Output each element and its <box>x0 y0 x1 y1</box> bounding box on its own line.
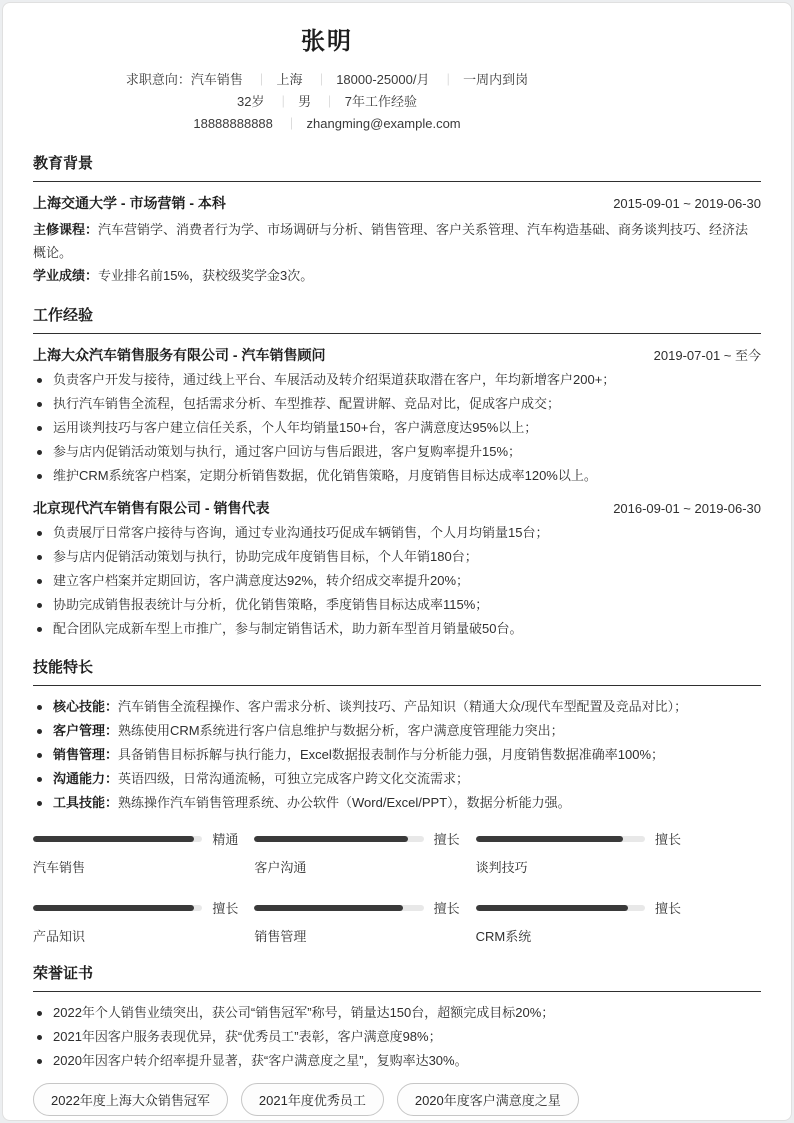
job-intent-line: 求职意向：汽车销售 ｜上海 ｜18000-25000/月 ｜一周内到岗 <box>33 69 621 91</box>
skill-bar-item: 擅长 客户沟通 <box>254 829 459 876</box>
bullet-icon <box>37 555 42 560</box>
list-item: 负责展厅日常客户接待与咨询，通过专业沟通技巧促成车辆销售，个人月均销量15台； <box>33 523 761 543</box>
bullet-icon <box>37 1035 42 1040</box>
education-entry: 上海交通大学 - 市场营销 - 本科 2015-09-01 ~ 2019-06-… <box>33 193 761 287</box>
phone-number: 18888888888 <box>193 116 273 131</box>
contact-line: 18888888888 ｜zhangming@example.com <box>33 113 621 135</box>
candidate-name: 张明 <box>33 27 621 57</box>
bullet-icon <box>37 1059 42 1064</box>
list-item: 负责客户开发与接待，通过线上平台、车展活动及转介绍渠道获取潜在客户，年均新增客户… <box>33 370 761 390</box>
list-item: 销售管理：具备销售目标拆解与执行能力，Excel数据报表制作与分析能力强，月度销… <box>33 745 761 765</box>
grade-label: 学业成绩： <box>33 268 98 283</box>
skill-bar-item: 擅长 产品知识 <box>33 898 238 945</box>
experience-entry: 上海大众汽车销售服务有限公司 - 汽车销售顾问 2019-07-01 ~ 至今 … <box>33 345 761 486</box>
list-item: 参与店内促销活动策划与执行，协助完成年度销售目标，个人年销180台； <box>33 547 761 567</box>
bullet-icon <box>37 378 42 383</box>
skill-level-label: 擅长 <box>655 898 681 917</box>
list-item: 客户管理：熟练使用CRM系统进行客户信息维护与数据分析，客户满意度管理能力突出； <box>33 721 761 741</box>
courses-line: 主修课程：汽车营销学、消费者行为学、市场调研与分析、销售管理、客户关系管理、汽车… <box>33 218 761 264</box>
section-title-honors: 荣誉证书 <box>33 965 761 992</box>
intent-city: 上海 <box>277 72 303 87</box>
skill-level-label: 擅长 <box>212 898 238 917</box>
skill-bar-track <box>476 836 645 842</box>
skill-level-label: 擅长 <box>655 829 681 848</box>
bullet-icon <box>37 402 42 407</box>
bullet-icon <box>37 531 42 536</box>
skill-bar-fill <box>33 905 194 911</box>
gender: 男 <box>298 94 311 109</box>
skill-bar-track <box>33 836 202 842</box>
bullet-icon <box>37 777 42 782</box>
intent-salary: 18000-25000/月 <box>336 72 429 87</box>
bullet-icon <box>37 801 42 806</box>
skill-bar-item: 擅长 销售管理 <box>254 898 459 945</box>
bullet-icon <box>37 753 42 758</box>
bullet-icon <box>37 705 42 710</box>
skills-bullet-list: 核心技能：汽车销售全流程操作、客户需求分析、谈判技巧、产品知识（精通大众/现代车… <box>33 697 761 813</box>
experience-date: 2016-09-01 ~ 2019-06-30 <box>613 499 761 519</box>
section-experience: 工作经验 上海大众汽车销售服务有限公司 - 汽车销售顾问 2019-07-01 … <box>33 307 761 639</box>
skill-bar-track <box>254 836 423 842</box>
skill-name: 汽车销售 <box>33 857 238 876</box>
honor-tags: 2022年度上海大众销售冠军 2021年度优秀员工 2020年度客户满意度之星 <box>33 1083 761 1116</box>
list-item: 参与店内促销活动策划与执行，通过客户回访与售后跟进，客户复购率提升15%； <box>33 442 761 462</box>
experience-entry-head: 上海大众汽车销售服务有限公司 - 汽车销售顾问 2019-07-01 ~ 至今 <box>33 345 761 366</box>
company-position: 北京现代汽车销售有限公司 - 销售代表 <box>33 498 269 518</box>
list-item: 核心技能：汽车销售全流程操作、客户需求分析、谈判技巧、产品知识（精通大众/现代车… <box>33 697 761 717</box>
company-position: 上海大众汽车销售服务有限公司 - 汽车销售顾问 <box>33 345 325 365</box>
separator-icon: ｜ <box>256 73 268 87</box>
skill-level-label: 擅长 <box>434 829 460 848</box>
experience-entry-head: 北京现代汽车销售有限公司 - 销售代表 2016-09-01 ~ 2019-06… <box>33 498 761 519</box>
separator-icon: ｜ <box>315 73 327 87</box>
skill-bar-fill <box>33 836 194 842</box>
list-item: 建立客户档案并定期回访，客户满意度达92%，转介绍成交率提升20%； <box>33 571 761 591</box>
separator-icon: ｜ <box>277 95 289 109</box>
bullet-icon <box>37 603 42 608</box>
courses-text: 汽车营销学、消费者行为学、市场调研与分析、销售管理、客户关系管理、汽车构造基础、… <box>33 222 748 260</box>
education-entry-head: 上海交通大学 - 市场营销 - 本科 2015-09-01 ~ 2019-06-… <box>33 193 761 214</box>
skill-bar-fill <box>476 905 628 911</box>
skill-bar-item: 精通 汽车销售 <box>33 829 238 876</box>
skill-bar-item: 擅长 谈判技巧 <box>476 829 681 876</box>
skill-bar-track <box>476 905 645 911</box>
skill-bar-fill <box>254 905 403 911</box>
honor-tag: 2020年度客户满意度之星 <box>397 1083 579 1116</box>
list-item: 配合团队完成新车型上市推广，参与制定销售话术，助力新车型首月销量破50台。 <box>33 619 761 639</box>
bullet-icon <box>37 579 42 584</box>
section-title-education: 教育背景 <box>33 155 761 182</box>
section-skills: 技能特长 核心技能：汽车销售全流程操作、客户需求分析、谈判技巧、产品知识（精通大… <box>33 659 761 945</box>
skill-name: CRM系统 <box>476 926 681 945</box>
skill-level-label: 擅长 <box>434 898 460 917</box>
skill-name: 销售管理 <box>254 926 459 945</box>
experience-years: 7年工作经验 <box>345 94 417 109</box>
courses-label: 主修课程： <box>33 222 98 237</box>
bullet-icon <box>37 1011 42 1016</box>
separator-icon: ｜ <box>442 73 454 87</box>
bullet-icon <box>37 729 42 734</box>
skill-bar-item: 擅长 CRM系统 <box>476 898 681 945</box>
school-name: 上海交通大学 - 市场营销 - 本科 <box>33 193 226 213</box>
list-item: 2021年因客户服务表现优异，获“优秀员工”表彰，客户满意度98%； <box>33 1027 761 1047</box>
skill-bar-track <box>254 905 423 911</box>
list-item: 协助完成销售报表统计与分析，优化销售策略，季度销售目标达成率115%； <box>33 595 761 615</box>
section-education: 教育背景 上海交通大学 - 市场营销 - 本科 2015-09-01 ~ 201… <box>33 155 761 287</box>
skill-bar-fill <box>254 836 408 842</box>
skill-bar-track <box>33 905 202 911</box>
honor-tag: 2022年度上海大众销售冠军 <box>33 1083 228 1116</box>
resume-header: 张明 求职意向：汽车销售 ｜上海 ｜18000-25000/月 ｜一周内到岗 3… <box>33 27 761 135</box>
list-item: 沟通能力：英语四级，日常沟通流畅，可独立完成客户跨文化交流需求； <box>33 769 761 789</box>
list-item: 2020年因客户转介绍率提升显著，获“客户满意度之星”，复购率达30%。 <box>33 1051 761 1071</box>
list-item: 运用谈判技巧与客户建立信任关系，个人年均销量150+台，客户满意度达95%以上； <box>33 418 761 438</box>
experience-entry: 北京现代汽车销售有限公司 - 销售代表 2016-09-01 ~ 2019-06… <box>33 498 761 639</box>
grade-line: 学业成绩：专业排名前15%，获校级奖学金3次。 <box>33 264 761 287</box>
bullet-icon <box>37 474 42 479</box>
honor-tag: 2021年度优秀员工 <box>241 1083 384 1116</box>
list-item: 执行汽车销售全流程，包括需求分析、车型推荐、配置讲解、竞品对比，促成客户成交； <box>33 394 761 414</box>
skill-level-label: 精通 <box>212 829 238 848</box>
education-date: 2015-09-01 ~ 2019-06-30 <box>613 194 761 214</box>
intent-availability: 一周内到岗 <box>463 72 528 87</box>
honors-bullet-list: 2022年个人销售业绩突出，获公司“销售冠军”称号，销量达150台，超额完成目标… <box>33 1003 761 1071</box>
bullet-icon <box>37 450 42 455</box>
experience-bullet-list: 负责客户开发与接待，通过线上平台、车展活动及转介绍渠道获取潜在客户，年均新增客户… <box>33 370 761 486</box>
list-item: 维护CRM系统客户档案，定期分析销售数据，优化销售策略，月度销售目标达成率120… <box>33 466 761 486</box>
skill-bar-fill <box>476 836 623 842</box>
skill-name: 客户沟通 <box>254 857 459 876</box>
basic-info-line: 32岁 ｜男 ｜7年工作经验 <box>33 91 621 113</box>
bullet-icon <box>37 426 42 431</box>
list-item: 工具技能：熟练操作汽车销售管理系统、办公软件（Word/Excel/PPT），数… <box>33 793 761 813</box>
skill-bars-grid: 精通 汽车销售 擅长 客户沟通 擅长 谈判技巧 <box>33 829 681 945</box>
bullet-icon <box>37 627 42 632</box>
list-item: 2022年个人销售业绩突出，获公司“销售冠军”称号，销量达150台，超额完成目标… <box>33 1003 761 1023</box>
experience-date: 2019-07-01 ~ 至今 <box>654 346 761 366</box>
experience-bullet-list: 负责展厅日常客户接待与咨询，通过专业沟通技巧促成车辆销售，个人月均销量15台； … <box>33 523 761 639</box>
intent-label: 求职意向： <box>126 72 191 87</box>
separator-icon: ｜ <box>324 95 336 109</box>
section-title-skills: 技能特长 <box>33 659 761 686</box>
age: 32岁 <box>237 94 264 109</box>
intent-position: 汽车销售 <box>191 72 243 87</box>
section-honors: 荣誉证书 2022年个人销售业绩突出，获公司“销售冠军”称号，销量达150台，超… <box>33 965 761 1116</box>
section-title-experience: 工作经验 <box>33 307 761 334</box>
skill-name: 谈判技巧 <box>476 857 681 876</box>
resume-page: 张明 求职意向：汽车销售 ｜上海 ｜18000-25000/月 ｜一周内到岗 3… <box>2 2 792 1121</box>
email-address: zhangming@example.com <box>307 116 461 131</box>
separator-icon: ｜ <box>286 117 298 131</box>
grade-text: 专业排名前15%，获校级奖学金3次。 <box>98 268 313 283</box>
skill-name: 产品知识 <box>33 926 238 945</box>
